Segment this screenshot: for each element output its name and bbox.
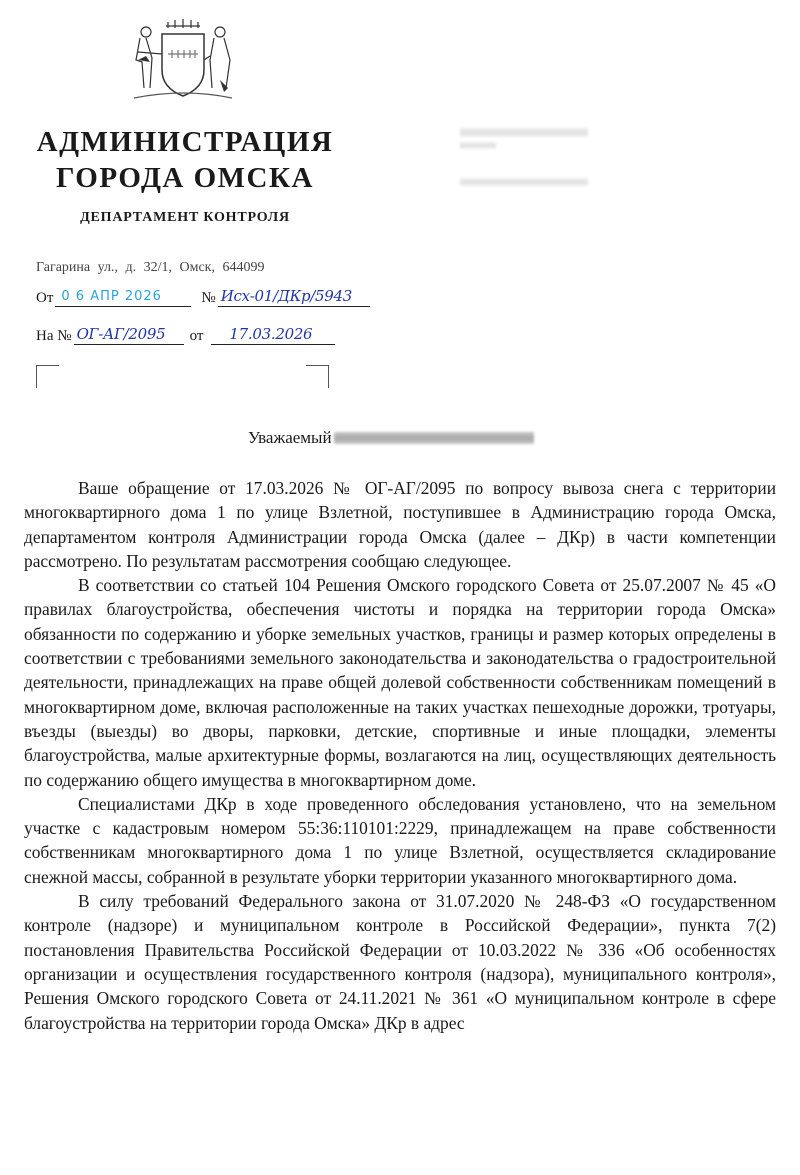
redacted-recipient-line3 [460, 178, 588, 186]
org-address: Гагарина ул., д. 32/1, Омск, 644099 [36, 260, 264, 276]
coat-of-arms-icon [128, 12, 238, 108]
address-bracket-right [306, 365, 329, 388]
reply-date-label: от [190, 328, 204, 345]
date-stamp: 0 6 АПР 2026 [61, 289, 162, 304]
reply-date-field: 17.03.2026 [211, 324, 335, 345]
outgoing-number-handwritten: Исх-01/ДКр/5943 [221, 287, 352, 305]
from-label: От [36, 290, 53, 307]
body-paragraph: В соответствии со статьей 104 Решения Ом… [24, 573, 776, 792]
redacted-recipient-line1 [460, 128, 588, 137]
salutation: Уважаемый [248, 428, 332, 448]
address-bracket-left [36, 365, 59, 388]
greeting: Уважаемый [248, 428, 534, 448]
department-name: ДЕПАРТАМЕНТ КОНТРОЛЯ [20, 210, 350, 226]
redacted-recipient-line2 [460, 142, 496, 149]
reply-date-handwritten: 17.03.2026 [229, 325, 312, 343]
body-paragraph: Ваше обращение от 17.03.2026 № ОГ-АГ/209… [24, 476, 776, 573]
reply-to-number-handwritten: ОГ-АГ/2095 [77, 325, 166, 343]
reply-to-number-field: ОГ-АГ/2095 [74, 324, 184, 345]
org-title-line1: АДМИНИСТРАЦИЯ [20, 124, 350, 160]
outgoing-number-field: Исх-01/ДКр/5943 [218, 286, 370, 307]
letter-body: Ваше обращение от 17.03.2026 № ОГ-АГ/209… [24, 476, 776, 1035]
body-paragraph: Специалистами ДКр в ходе проведенного об… [24, 792, 776, 889]
reply-to-label: На № [36, 328, 72, 345]
redacted-recipient-name [334, 432, 534, 444]
number-label: № [201, 290, 215, 307]
body-paragraph: В силу требований Федерального закона от… [24, 889, 776, 1035]
outgoing-registration-row: От 0 6 АПР 2026 № Исх-01/ДКр/5943 [36, 286, 370, 307]
outgoing-date-field: 0 6 АПР 2026 [55, 286, 191, 307]
org-title-line2: ГОРОДА ОМСКА [20, 160, 350, 196]
reply-registration-row: На № ОГ-АГ/2095 от 17.03.2026 [36, 324, 335, 345]
